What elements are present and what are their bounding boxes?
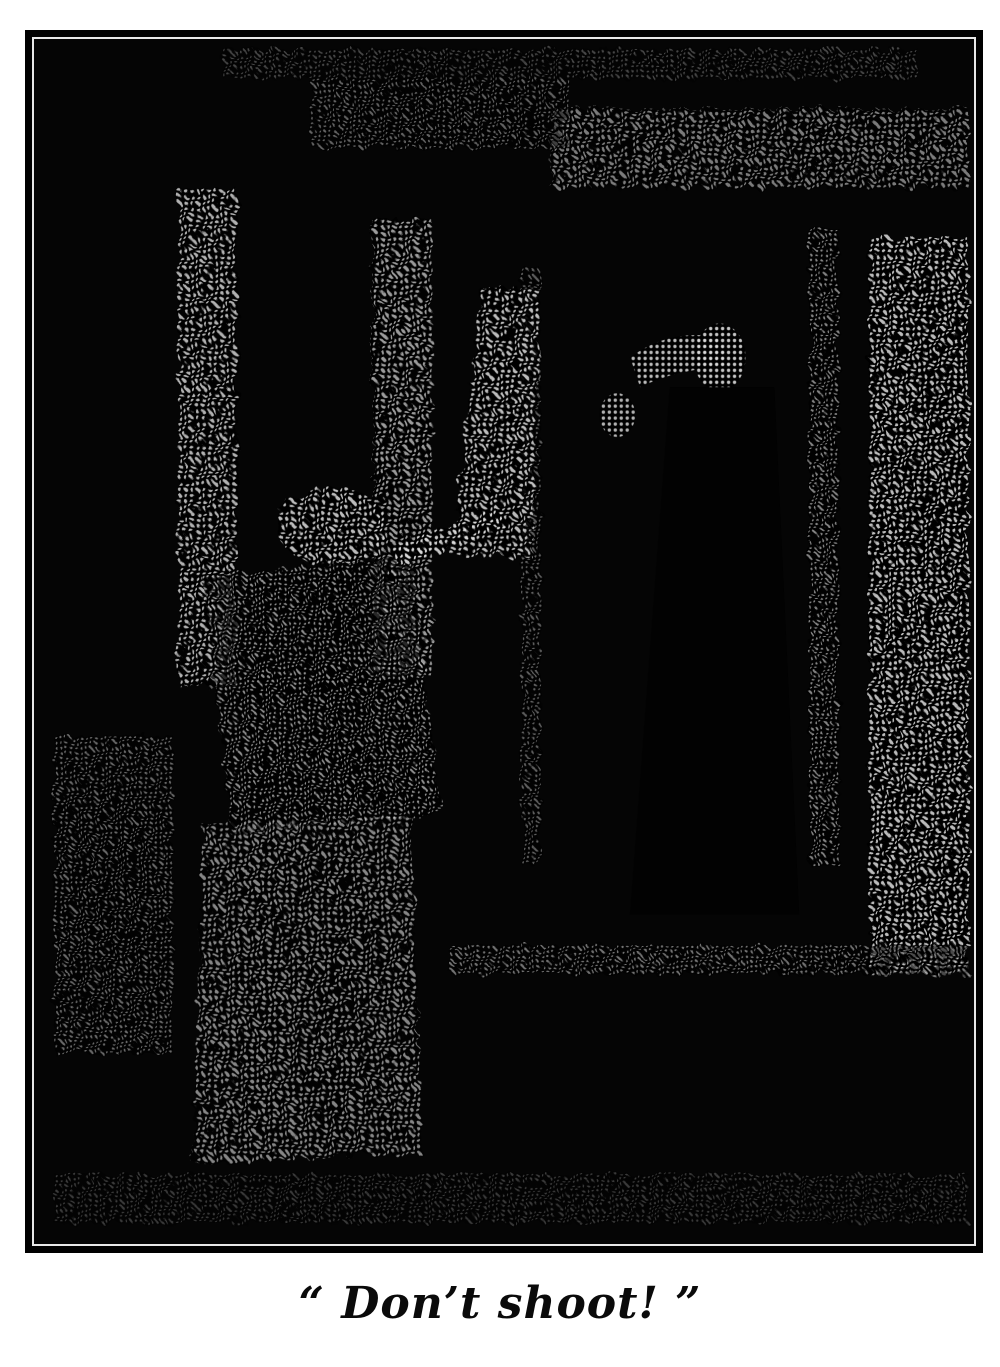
kneeling-figure — [193, 487, 506, 1164]
photo-caption: “ Don’t shoot! ” — [0, 1278, 1000, 1329]
photo-image — [32, 37, 976, 1246]
halftone-photo-illustration — [34, 39, 974, 1244]
photo-plate — [25, 30, 983, 1253]
threshold — [54, 944, 968, 1223]
standing-man — [599, 324, 799, 915]
sign-lettering — [223, 49, 968, 188]
